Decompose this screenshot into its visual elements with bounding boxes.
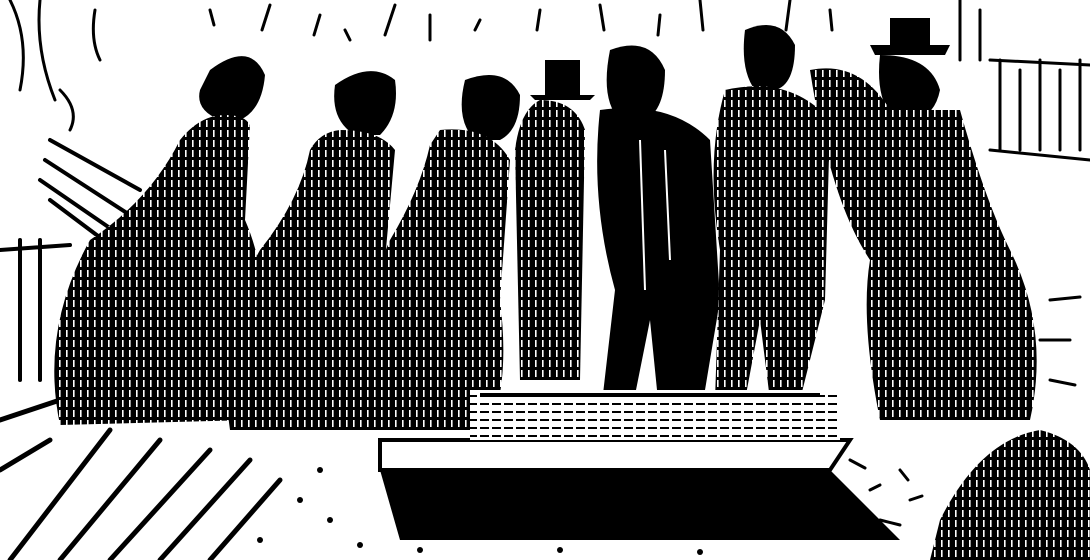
engraving-illustration <box>0 0 1090 560</box>
